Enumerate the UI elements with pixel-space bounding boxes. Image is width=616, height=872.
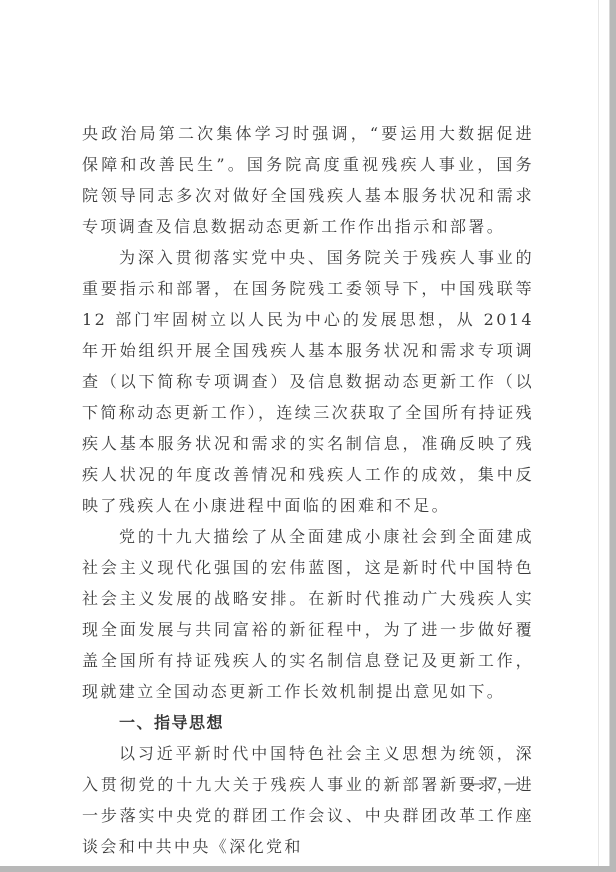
document-body: 央政治局第二次集体学习时强调，“要运用大数据促进保障和改善民生”。国务院高度重视… [82, 118, 534, 862]
paragraph-intro-continued: 央政治局第二次集体学习时强调，“要运用大数据促进保障和改善民生”。国务院高度重视… [82, 118, 534, 242]
paragraph-guiding-ideology: 以习近平新时代中国特色社会主义思想为统领，深入贯彻党的十九大关于残疾人事业的新部… [82, 738, 534, 862]
paragraph-nineteenth-congress: 党的十九大描绘了从全面建成小康社会到全面建成社会主义现代化强国的宏伟蓝图，这是新… [82, 521, 534, 707]
document-page: 央政治局第二次集体学习时强调，“要运用大数据促进保障和改善民生”。国务院高度重视… [0, 0, 610, 866]
paragraph-implementation: 为深入贯彻落实党中央、国务院关于残疾人事业的重要指示和部署，在国务院残工委领导下… [82, 242, 534, 521]
section-heading-guiding-ideology: 一、指导思想 [82, 707, 534, 738]
page-number: — 7 — [468, 776, 519, 792]
page-edge-line [598, 0, 599, 866]
